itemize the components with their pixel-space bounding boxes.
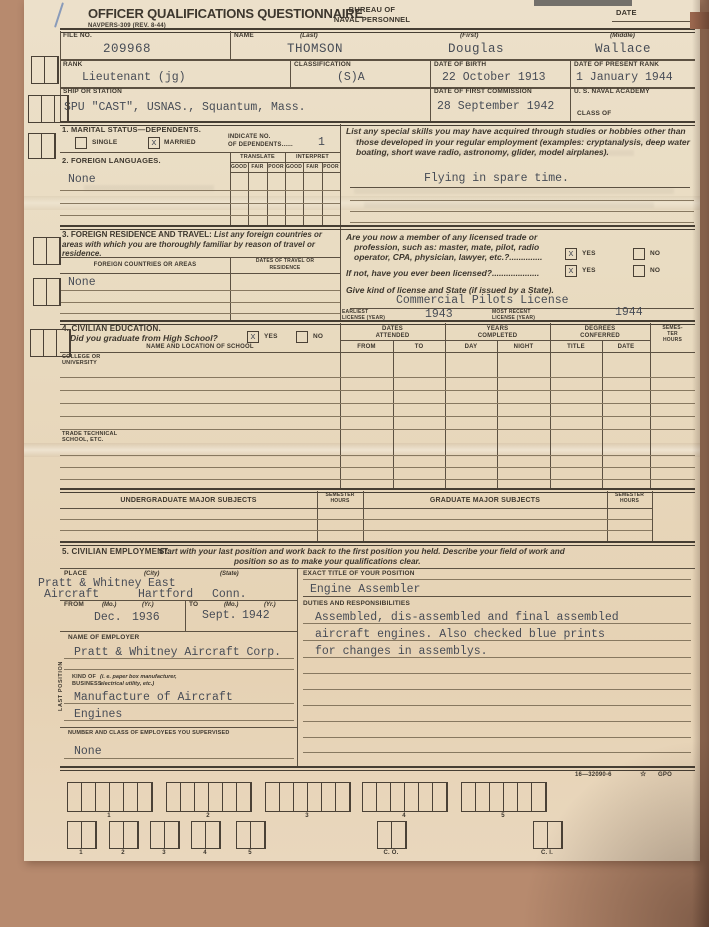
rule-line: [60, 727, 297, 728]
licensed-yes-checkbox: x: [565, 265, 577, 277]
rule-line: [303, 657, 691, 658]
state-value: Conn.: [212, 589, 247, 601]
coding-box-group: [461, 782, 547, 812]
rule-line: [303, 689, 691, 690]
years-completed-label: YEARS: [445, 326, 550, 332]
coding-box-group: [362, 782, 448, 812]
member-no-checkbox: [633, 248, 645, 260]
margin-code-box: [30, 329, 71, 357]
from-col-label: FROM: [340, 344, 393, 350]
margin-code-box: [33, 278, 61, 306]
rule-line: [60, 429, 695, 430]
dates-col-label2: RESIDENCE: [230, 266, 340, 271]
licensed-no-label: NO: [650, 268, 660, 275]
rule-line: [60, 455, 695, 456]
to-yr-value: 1942: [242, 610, 270, 622]
interpret-label: INTERPRET: [285, 155, 340, 161]
coding-box-group: [67, 782, 153, 812]
ink-bleedthrough: [364, 202, 654, 208]
name-first-label: (First): [460, 33, 478, 40]
rule-line: [64, 669, 294, 670]
employer-label: NAME OF EMPLOYER: [68, 635, 139, 642]
rule-line: [60, 215, 340, 216]
license-q1-line3: operator, CPA, physician, lawyer, etc.?.…: [354, 253, 542, 262]
bureau-line1: BUREAU OF: [297, 6, 447, 14]
scanned-questionnaire: OFFICER QUALIFICATIONS QUESTIONNAIRE NAV…: [0, 0, 709, 927]
place-value-line2: Aircraft: [44, 589, 99, 601]
earliest-year-value: 1943: [425, 309, 453, 321]
pair-label: 1: [67, 850, 95, 856]
classification-label: CLASSIFICATION: [294, 62, 351, 69]
group-label: 1: [67, 813, 151, 819]
rule-line: [60, 273, 340, 274]
academy-label: U. S. NAVAL ACADEMY: [574, 89, 650, 96]
coding-box-group: [265, 782, 351, 812]
marital-title: 1. MARITAL STATUS—DEPENDENTS.: [62, 126, 201, 134]
city-value-line2: Hartford: [138, 589, 193, 601]
grade-poor: POOR: [322, 165, 340, 170]
rule-line: [652, 491, 653, 541]
kind-of-label2: BUSINESS: [72, 682, 102, 688]
pair-label: 4: [191, 850, 219, 856]
rule-line: [340, 124, 341, 320]
pen-mark: [54, 2, 64, 27]
recent-year-value: 1944: [615, 307, 643, 319]
dependents-label1: INDICATE NO.: [228, 134, 271, 140]
day-col-label: DAY: [445, 344, 497, 350]
languages-entry: None: [68, 174, 96, 186]
margin-code-box: [28, 95, 69, 123]
skills-prompt: List any special skills you may have acq…: [346, 126, 704, 158]
license-q1-line1: Are you now a member of any licensed tra…: [346, 233, 537, 242]
travel-title: 3. FOREIGN RESIDENCE AND TRAVEL:: [62, 230, 212, 239]
rule-line: [303, 752, 691, 753]
commission-value: 28 September 1942: [437, 101, 554, 113]
ci-coding-box: [533, 821, 563, 849]
to-col-label: TO: [393, 344, 445, 350]
rule-line: [230, 31, 231, 60]
highschool-yes-checkbox: x: [247, 331, 259, 343]
rule-line: [60, 152, 340, 153]
rule-line: [350, 211, 694, 212]
commission-label: DATE OF FIRST COMMISSION: [434, 89, 532, 96]
member-yes-label: YES: [582, 251, 596, 258]
grade-fair: FAIR: [303, 165, 322, 170]
last-position-side-label: LAST POSITION: [58, 638, 64, 734]
file-no-value: 209968: [103, 43, 151, 56]
duties-line1: Assembled, dis-assembled and final assem…: [315, 612, 619, 624]
to-label: TO: [189, 602, 198, 609]
night-col-label: NIGHT: [497, 344, 550, 350]
rule-line: [350, 187, 690, 188]
dates-attended-label: DATES: [340, 326, 445, 332]
station-value: SPU "CAST", USNAS., Squantum, Mass.: [64, 102, 306, 114]
married-checkbox: x: [148, 137, 160, 149]
coding-box-pair: [67, 821, 97, 849]
travel-intro: 3. FOREIGN RESIDENCE AND TRAVEL: List an…: [62, 230, 340, 259]
to-mo-value: Sept.: [202, 610, 237, 622]
redaction-bar: [534, 0, 632, 6]
rule-line: [570, 89, 571, 121]
duties-line2: aircraft engines. Also checked blue prin…: [315, 629, 605, 641]
rule-line: [297, 568, 298, 766]
licensed-yes-label: YES: [582, 268, 596, 275]
backing-corner-patch: [690, 12, 709, 29]
years-completed-label2: COMPLETED: [445, 333, 550, 339]
ink-bleedthrough: [354, 188, 674, 194]
bureau-line2: NAVAL PERSONNEL: [297, 16, 447, 24]
rule-line: [60, 519, 652, 520]
kind-hint2: electrical utility, etc.): [100, 682, 154, 688]
duties-label: DUTIES AND RESPONSIBILITIES: [303, 601, 410, 608]
co-coding-box: [377, 821, 407, 849]
education-title: 4. CIVILIAN EDUCATION.: [62, 325, 161, 333]
kind-hint1: (i. e. paper box manufacturer,: [100, 675, 177, 681]
rule-line: [60, 290, 340, 291]
travel-entry: None: [68, 277, 96, 289]
from-yr-label: (Yr.): [142, 602, 154, 608]
file-no-label: FILE NO.: [63, 33, 92, 40]
rule-line: [64, 658, 294, 659]
skills-answer: Flying in spare time.: [424, 173, 569, 185]
kind-value-line2: Engines: [74, 709, 122, 721]
rule-line: [64, 720, 294, 721]
rule-line: [60, 302, 340, 303]
grade-poor: POOR: [267, 165, 285, 170]
rule-line: [60, 352, 695, 353]
degrees-conferred-label2: CONFERRED: [550, 333, 650, 339]
license-q1-line2: profession, such as: master, mate, pilot…: [354, 243, 539, 252]
rule-line: [303, 640, 691, 641]
rule-line: [185, 600, 186, 632]
rule-line: [64, 758, 294, 759]
rule-line: [60, 508, 652, 509]
single-label: SINGLE: [92, 140, 117, 147]
supervised-label: NUMBER AND CLASS OF EMPLOYEES YOU SUPERV…: [68, 731, 230, 737]
grad-subjects-label: GRADUATE MAJOR SUBJECTS: [363, 497, 607, 504]
name-label: NAME: [234, 33, 254, 40]
to-yr-label: (Yr.): [264, 602, 276, 608]
undergrad-subjects-label: UNDERGRADUATE MAJOR SUBJECTS: [60, 497, 317, 504]
grade-good: GOOD: [285, 165, 303, 170]
dob-label: DATE OF BIRTH: [434, 62, 486, 69]
name-middle-label: (Middle): [610, 33, 635, 40]
rule-line: [303, 579, 691, 580]
name-middle-value: Wallace: [595, 43, 651, 56]
rule-line: [60, 467, 695, 468]
rule-heavy: [60, 28, 695, 33]
languages-title: 2. FOREIGN LANGUAGES.: [62, 157, 161, 165]
rule-line: [230, 162, 340, 163]
rule-heavy: [60, 766, 695, 771]
group-label: 3: [265, 813, 349, 819]
duties-line3: for changes in assemblys.: [315, 646, 488, 658]
rule-line: [303, 673, 691, 674]
co-label: C. O.: [373, 850, 409, 856]
dob-value: 22 October 1913: [442, 72, 546, 84]
present-rank-label: DATE OF PRESENT RANK: [574, 62, 659, 69]
present-rank-value: 1 January 1944: [576, 72, 673, 84]
trade-row-label2: SCHOOL, ETC.: [62, 438, 104, 444]
rule-line: [60, 600, 297, 601]
title-col-label: TITLE: [550, 344, 602, 350]
employment-title: 5. CIVILIAN EMPLOYMENT:: [62, 548, 170, 556]
employment-prompt2: position so as to make your qualificatio…: [234, 558, 421, 566]
gpo-star-icon: ☆: [640, 771, 646, 778]
rule-line: [230, 172, 340, 173]
coding-box-pair: [150, 821, 180, 849]
translate-label: TRANSLATE: [230, 155, 285, 161]
rule-line: [60, 313, 340, 314]
classification-value: (S)A: [337, 72, 365, 84]
rank-value: Lieutenant (jg): [82, 72, 186, 84]
group-label: 5: [461, 813, 545, 819]
name-last-value: THOMSON: [287, 43, 343, 56]
pair-label: 2: [109, 850, 137, 856]
exact-title-value: Engine Assembler: [310, 584, 420, 596]
rule-line: [60, 203, 340, 204]
rule-line: [303, 596, 691, 597]
kind-of-label1: KIND OF: [72, 675, 96, 681]
dependents-value: 1: [318, 137, 325, 149]
to-mo-label: (Mo.): [224, 602, 238, 608]
paper-sheet: OFFICER QUALIFICATIONS QUESTIONNAIRE NAV…: [24, 0, 700, 861]
member-yes-checkbox: x: [565, 248, 577, 260]
margin-code-box: [31, 56, 59, 84]
name-last-label: (Last): [300, 33, 318, 40]
rule-line: [64, 703, 294, 704]
coding-box-pair: [191, 821, 221, 849]
highschool-question: Did you graduate from High School?: [70, 334, 218, 343]
station-label: SHIP OR STATION: [63, 89, 122, 96]
ci-label: C. I.: [529, 850, 565, 856]
rule-line: [303, 623, 691, 624]
rule-line: [650, 323, 651, 488]
rule-line: [60, 479, 695, 480]
supervised-value: None: [74, 746, 102, 758]
date-col-label: DATE: [602, 344, 650, 350]
highschool-no-checkbox: [296, 331, 308, 343]
rule-line: [350, 222, 694, 223]
rule-line: [60, 390, 695, 391]
rule-line: [612, 21, 697, 22]
gpo-label: GPO: [658, 772, 672, 778]
group-label: 4: [362, 813, 446, 819]
class-of-label: CLASS OF: [577, 111, 611, 118]
margin-code-box: [33, 237, 61, 265]
sem-hours-label2: HOURS: [317, 499, 363, 504]
state-label: (State): [220, 571, 239, 577]
rule-line: [60, 377, 695, 378]
dependents-label2: OF DEPENDENTS......: [228, 142, 293, 148]
coding-box-group: [166, 782, 252, 812]
rule-heavy: [60, 488, 695, 493]
coding-box-pair: [236, 821, 266, 849]
rule-line: [340, 340, 650, 341]
rule-line: [60, 403, 695, 404]
rule-line: [430, 61, 431, 87]
name-first-value: Douglas: [448, 43, 504, 56]
rule-line: [303, 721, 691, 722]
semester-hours-label3: HOURS: [650, 338, 695, 343]
margin-code-box: [28, 133, 56, 159]
date-label: DATE: [616, 9, 637, 17]
from-label: FROM: [64, 602, 84, 609]
rule-line: [570, 61, 571, 87]
from-yr-value: 1936: [132, 612, 160, 624]
license-q2: If not, have you ever been licensed?....…: [346, 269, 539, 278]
employment-prompt1: Start with your last position and work b…: [159, 548, 565, 556]
countries-col-label: FOREIGN COUNTRIES OR AREAS: [60, 262, 230, 268]
rule-line: [350, 200, 694, 201]
rule-line: [602, 340, 603, 488]
coding-box-pair: [109, 821, 139, 849]
rule-line: [60, 416, 695, 417]
rule-line: [290, 61, 291, 87]
school-col-label: NAME AND LOCATION OF SCHOOL: [60, 344, 340, 350]
from-mo-label: (Mo.): [102, 602, 116, 608]
rule-heavy: [60, 541, 695, 546]
member-no-label: NO: [650, 251, 660, 258]
exact-title-label: EXACT TITLE OF YOUR POSITION: [303, 571, 415, 578]
rule-line: [60, 631, 297, 632]
sem-hours-label4: HOURS: [607, 499, 652, 504]
rule-line: [430, 89, 431, 121]
highschool-yes-label: YES: [264, 334, 278, 341]
kind-value-line1: Manufacture of Aircraft: [74, 692, 233, 704]
rule-line: [303, 705, 691, 706]
rule-line: [60, 530, 652, 531]
single-checkbox: [75, 137, 87, 149]
rank-label: RANK: [63, 62, 83, 69]
rule-line: [497, 340, 498, 488]
from-mo-value: Dec.: [94, 612, 122, 624]
employer-value: Pratt & Whitney Aircraft Corp.: [74, 647, 281, 659]
degrees-conferred-label: DEGREES: [550, 326, 650, 332]
print-code: 16—32090-6: [575, 772, 612, 778]
group-label: 2: [166, 813, 250, 819]
rule-line: [303, 737, 691, 738]
highschool-no-label: NO: [313, 334, 323, 341]
married-label: MARRIED: [164, 140, 196, 147]
dates-attended-label2: ATTENDED: [340, 333, 445, 339]
dates-col-label1: DATES OF TRAVEL OR: [230, 259, 340, 264]
grade-good: GOOD: [230, 165, 248, 170]
license-kind-value: Commercial Pilots License: [396, 295, 569, 307]
grade-fair: FAIR: [248, 165, 267, 170]
rule-line: [60, 568, 695, 569]
licensed-no-checkbox: [633, 265, 645, 277]
college-row-label2: UNIVERSITY: [62, 361, 97, 367]
pair-label: 5: [236, 850, 264, 856]
rule-line: [60, 190, 340, 191]
rule-line: [393, 340, 394, 488]
pair-label: 3: [150, 850, 178, 856]
